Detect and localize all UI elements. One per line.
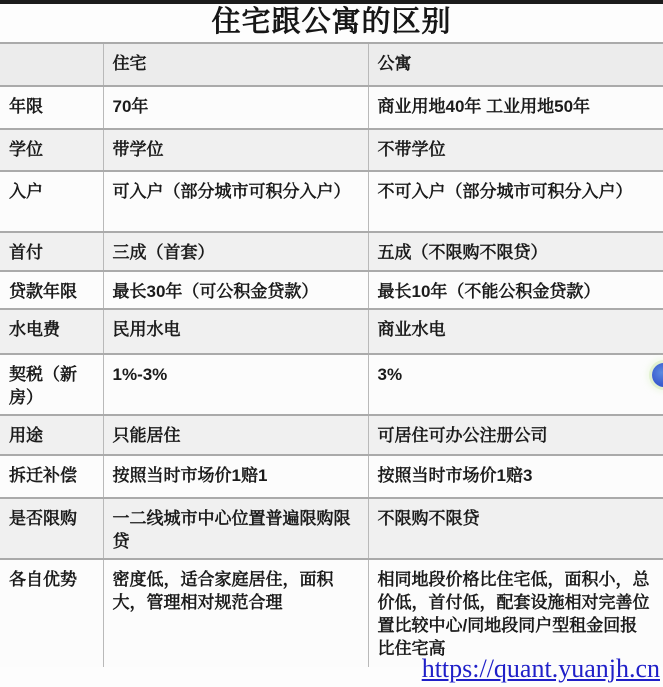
- apartment-cell: 不可入户（部分城市可积分入户）: [368, 171, 663, 232]
- residential-cell: 一二线城市中心位置普遍限购限贷: [103, 498, 368, 559]
- table-row: 水电费 民用水电 商业水电: [0, 309, 663, 354]
- table-row: 入户 可入户（部分城市可积分入户） 不可入户（部分城市可积分入户）: [0, 171, 663, 232]
- apartment-cell: 3%: [368, 354, 663, 415]
- table-row: 贷款年限 最长30年（可公积金贷款） 最长10年（不能公积金贷款）: [0, 271, 663, 309]
- apartment-cell: 不带学位: [368, 129, 663, 171]
- apartment-cell: 最长10年（不能公积金贷款）: [368, 271, 663, 309]
- row-label-cell: 水电费: [0, 309, 103, 354]
- table-row: 用途 只能居住 可居住可办公注册公司: [0, 415, 663, 455]
- table-row: 契税（新房） 1%-3% 3%: [0, 354, 663, 415]
- table-row: 拆迁补偿 按照当时市场价1赔1 按照当时市场价1赔3: [0, 455, 663, 498]
- residential-cell: 1%-3%: [103, 354, 368, 415]
- table-row: 年限 70年 商业用地40年 工业用地50年: [0, 86, 663, 129]
- column-header-residential: 住宅: [103, 43, 368, 86]
- comparison-table: 住宅 公寓 年限 70年 商业用地40年 工业用地50年 学位 带学位 不带学位…: [0, 42, 663, 667]
- residential-cell: 按照当时市场价1赔1: [103, 455, 368, 498]
- table-row: 各自优势 密度低，适合家庭居住，面积大，管理相对规范合理 相同地段价格比住宅低，…: [0, 559, 663, 667]
- page-title: 住宅跟公寓的区别: [0, 0, 663, 42]
- row-label-cell: 年限: [0, 86, 103, 129]
- residential-cell: 民用水电: [103, 309, 368, 354]
- row-label-cell: 首付: [0, 232, 103, 271]
- residential-cell: 最长30年（可公积金贷款）: [103, 271, 368, 309]
- table-row: 学位 带学位 不带学位: [0, 129, 663, 171]
- comparison-screenshot: 住宅跟公寓的区别 住宅 公寓 年限 70年 商业用地40年 工业用地50年 学位…: [0, 0, 663, 687]
- residential-cell: 可入户（部分城市可积分入户）: [103, 171, 368, 232]
- apartment-cell: 商业用地40年 工业用地50年: [368, 86, 663, 129]
- residential-cell: 70年: [103, 86, 368, 129]
- row-label-cell: 契税（新房）: [0, 354, 103, 415]
- row-label-cell: 用途: [0, 415, 103, 455]
- row-label-cell: 学位: [0, 129, 103, 171]
- row-label-header: [0, 43, 103, 86]
- apartment-cell: 按照当时市场价1赔3: [368, 455, 663, 498]
- row-label-cell: 拆迁补偿: [0, 455, 103, 498]
- top-border-bar: [0, 0, 663, 4]
- apartment-cell: 相同地段价格比住宅低，面积小，总价低，首付低，配套设施相对完善位置比较中心/同地…: [368, 559, 663, 667]
- row-label-cell: 入户: [0, 171, 103, 232]
- row-label-cell: 贷款年限: [0, 271, 103, 309]
- table-row: 是否限购 一二线城市中心位置普遍限购限贷 不限购不限贷: [0, 498, 663, 559]
- residential-cell: 密度低，适合家庭居住，面积大，管理相对规范合理: [103, 559, 368, 667]
- column-header-apartment: 公寓: [368, 43, 663, 86]
- apartment-cell: 不限购不限贷: [368, 498, 663, 559]
- apartment-cell: 商业水电: [368, 309, 663, 354]
- row-label-cell: 是否限购: [0, 498, 103, 559]
- row-label-cell: 各自优势: [0, 559, 103, 667]
- table-row: 首付 三成（首套） 五成（不限购不限贷）: [0, 232, 663, 271]
- watermark-link: https://quant.yuanjh.cn: [422, 654, 660, 684]
- residential-cell: 三成（首套）: [103, 232, 368, 271]
- header-row: 住宅 公寓: [0, 43, 663, 86]
- residential-cell: 带学位: [103, 129, 368, 171]
- residential-cell: 只能居住: [103, 415, 368, 455]
- apartment-cell: 可居住可办公注册公司: [368, 415, 663, 455]
- apartment-cell: 五成（不限购不限贷）: [368, 232, 663, 271]
